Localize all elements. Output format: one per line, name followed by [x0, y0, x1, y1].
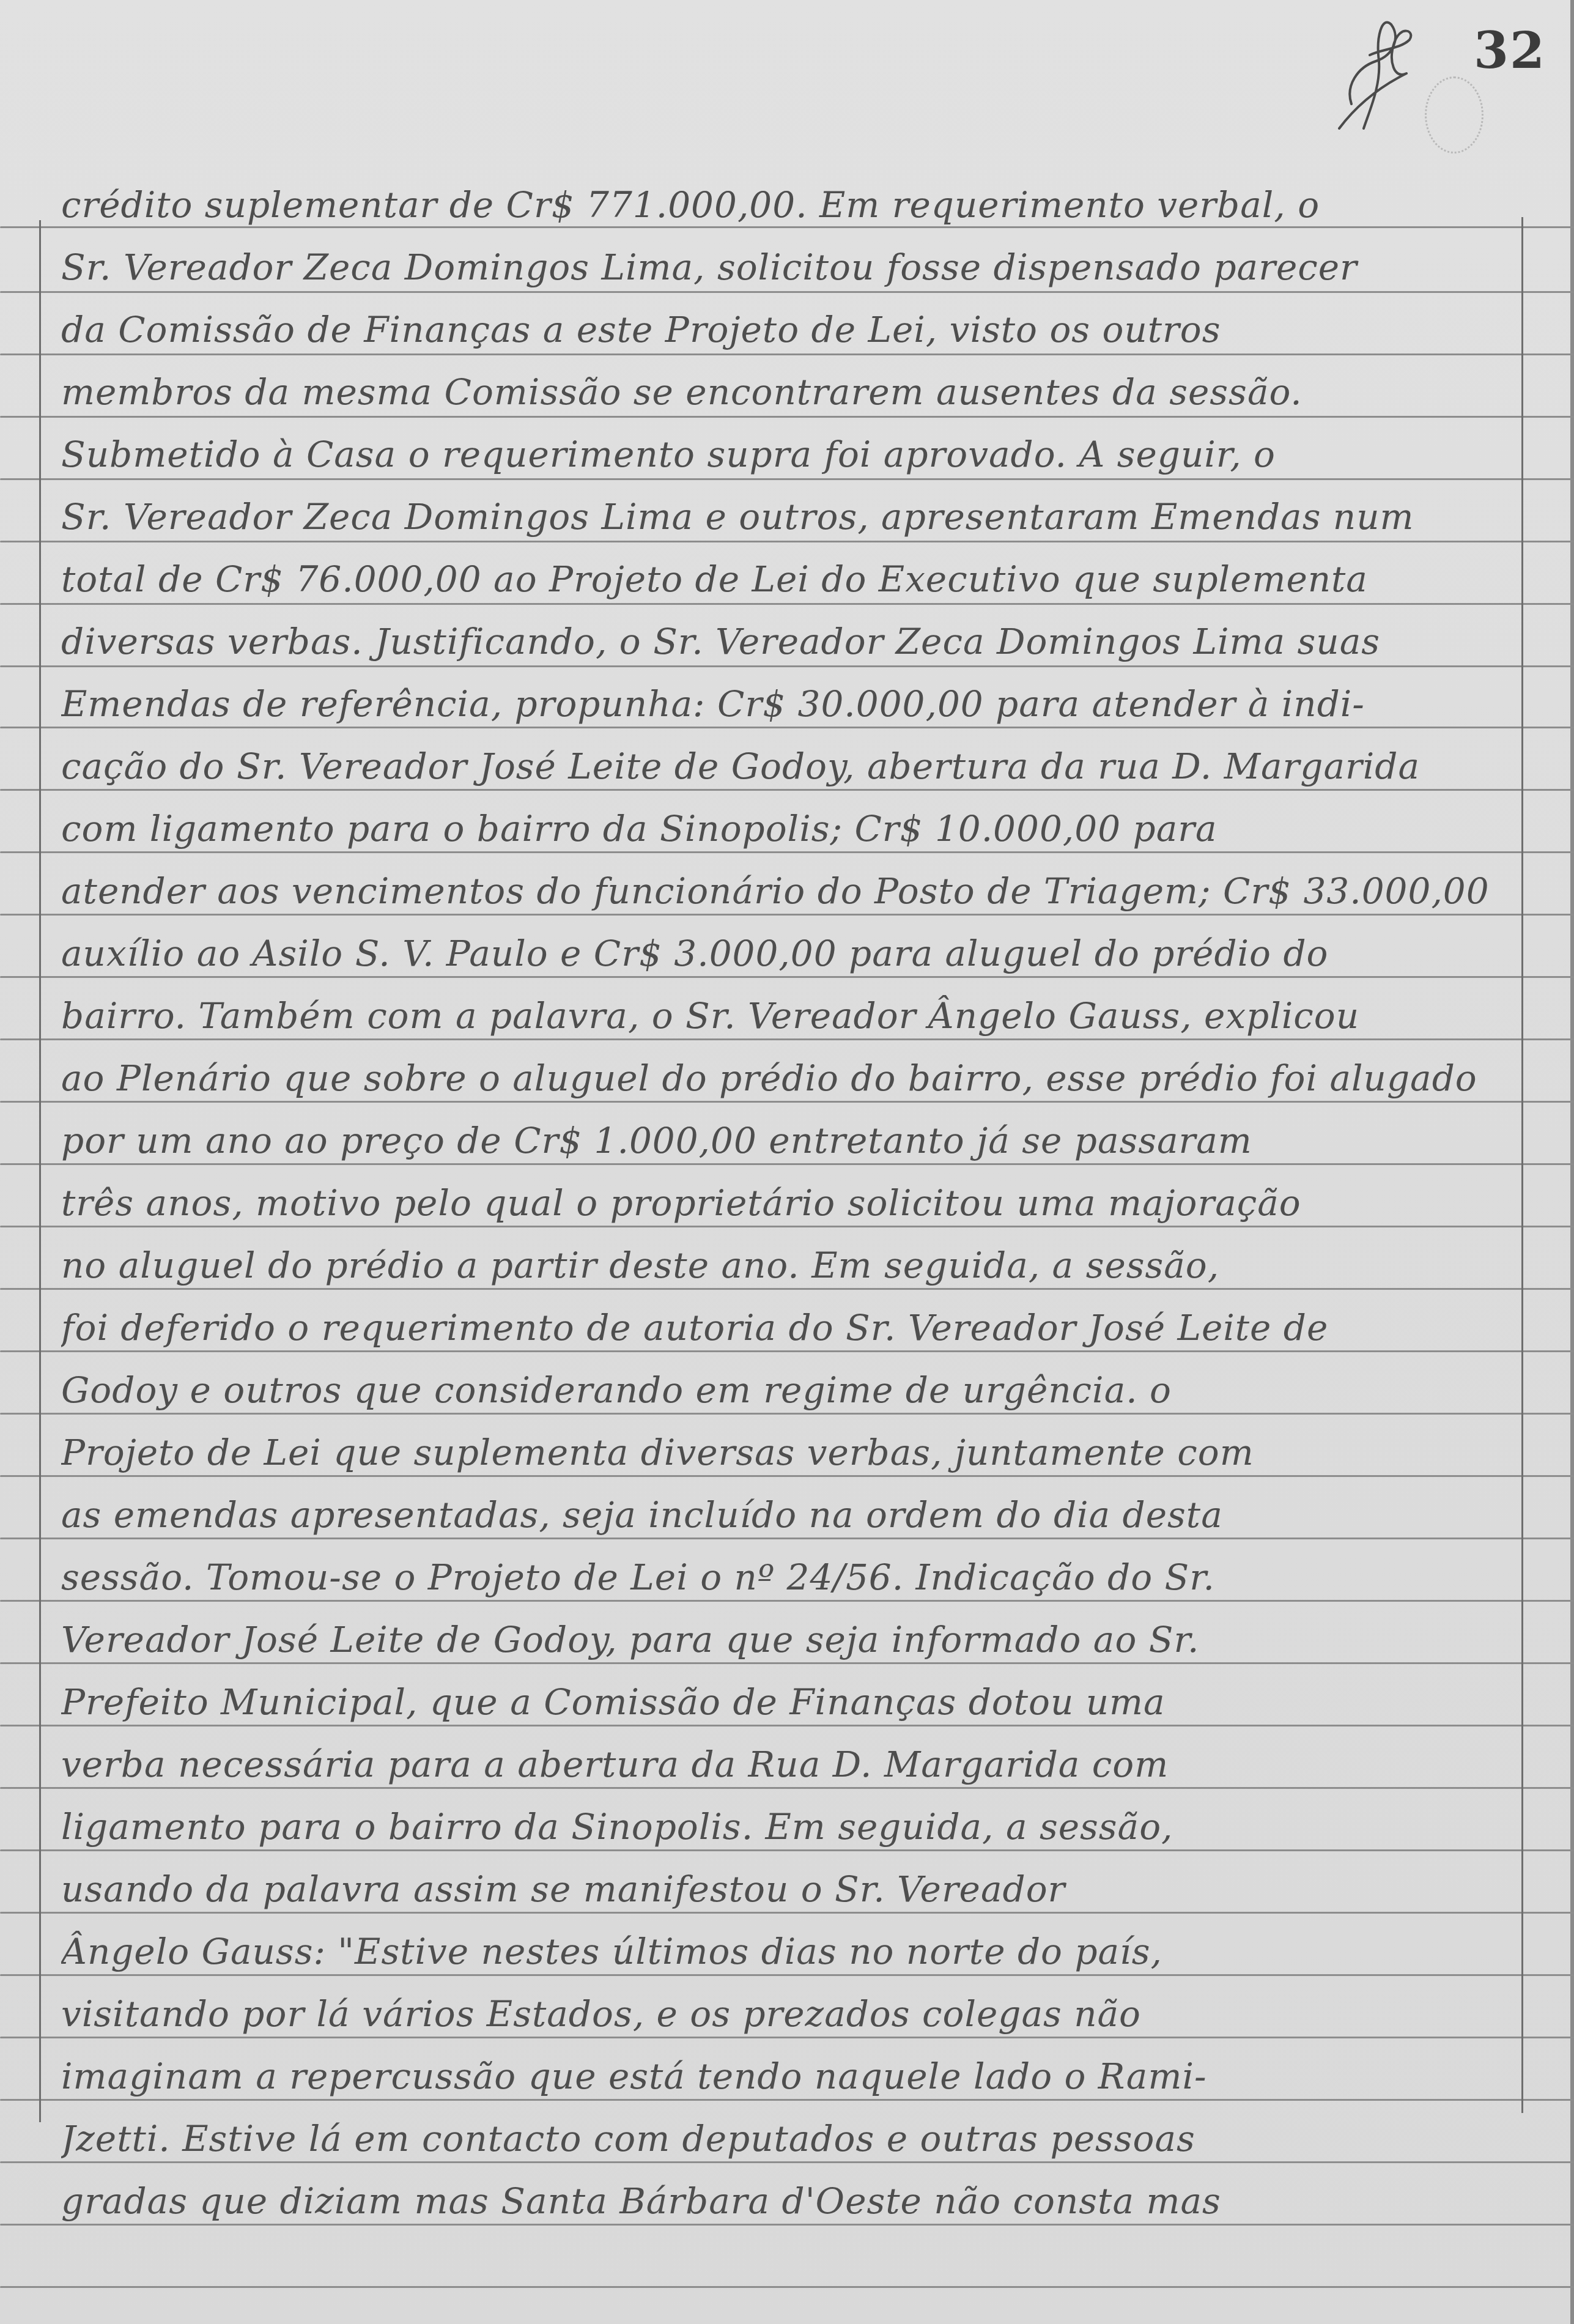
ruled-line	[0, 291, 1574, 293]
text-line: total de Cr$ 76.000,00 ao Projeto de Lei…	[61, 558, 1517, 601]
text-line: Sr. Vereador Zeca Domingos Lima e outros…	[61, 495, 1517, 538]
ruled-line	[0, 226, 1574, 228]
text-line: atender aos vencimentos do funcionário d…	[61, 870, 1517, 912]
text-line: Godoy e outros que considerando em regim…	[61, 1369, 1517, 1412]
text-line: Jzetti. Estive lá em contacto com deputa…	[61, 2117, 1517, 2160]
ruled-line	[0, 2037, 1574, 2038]
text-line: por um ano ao preço de Cr$ 1.000,00 entr…	[61, 1119, 1517, 1162]
left-margin-line	[39, 220, 41, 2122]
ruled-line	[0, 1974, 1574, 1976]
text-line: da Comissão de Finanças a este Projeto d…	[61, 308, 1517, 351]
text-line: verba necessária para a abertura da Rua …	[61, 1743, 1517, 1786]
right-margin-line	[1521, 217, 1523, 2113]
ruled-line	[0, 1413, 1574, 1415]
faded-stamp	[1425, 76, 1483, 154]
ruled-line	[0, 1475, 1574, 1477]
text-line: Ângelo Gauss: "Estive nestes últimos dia…	[61, 1930, 1517, 1973]
ruled-line	[0, 541, 1574, 542]
signature-icon	[1333, 12, 1419, 135]
text-line: no aluguel do prédio a partir deste ano.…	[61, 1244, 1517, 1287]
text-line: bairro. Também com a palavra, o Sr. Vere…	[61, 994, 1517, 1037]
text-line: membros da mesma Comissão se encontrarem…	[61, 371, 1517, 413]
text-line: Sr. Vereador Zeca Domingos Lima, solicit…	[61, 246, 1517, 289]
text-line: visitando por lá vários Estados, e os pr…	[61, 1993, 1517, 2035]
ruled-line	[0, 2161, 1574, 2163]
ruled-line	[0, 1725, 1574, 1726]
text-line: usando da palavra assim se manifestou o …	[61, 1868, 1517, 1911]
text-line: sessão. Tomou-se o Projeto de Lei o nº 2…	[61, 1556, 1517, 1599]
ruled-line	[0, 1912, 1574, 1914]
text-line: as emendas apresentadas, seja incluído n…	[61, 1493, 1517, 1536]
text-line: auxílio ao Asilo S. V. Paulo e Cr$ 3.000…	[61, 932, 1517, 975]
text-line: Projeto de Lei que suplementa diversas v…	[61, 1431, 1517, 1474]
ruled-line	[0, 1787, 1574, 1789]
page-number: 32	[1474, 21, 1546, 80]
ruled-line	[0, 353, 1574, 355]
ruled-line	[0, 1226, 1574, 1227]
text-line: diversas verbas. Justificando, o Sr. Ver…	[61, 620, 1517, 663]
ruled-line	[0, 1538, 1574, 1539]
text-line: foi deferido o requerimento de autoria d…	[61, 1306, 1517, 1349]
text-line: ligamento para o bairro da Sinopolis. Em…	[61, 1805, 1517, 1848]
text-line: crédito suplementar de Cr$ 771.000,00. E…	[61, 183, 1517, 226]
text-line: imaginam a repercussão que está tendo na…	[61, 2055, 1517, 2098]
ruled-line	[0, 2099, 1574, 2101]
text-line: ao Plenário que sobre o aluguel do prédi…	[61, 1057, 1517, 1100]
ruled-line	[0, 1288, 1574, 1290]
ruled-line	[0, 727, 1574, 728]
text-line: gradas que diziam mas Santa Bárbara d'Oe…	[61, 2180, 1517, 2222]
ruled-line	[0, 851, 1574, 853]
ruled-line	[0, 665, 1574, 667]
text-line: Submetido à Casa o requerimento supra fo…	[61, 433, 1517, 476]
text-line: cação do Sr. Vereador José Leite de Godo…	[61, 745, 1517, 788]
text-line: Vereador José Leite de Godoy, para que s…	[61, 1618, 1517, 1661]
ledger-page: 32 crédito suplementar de Cr$ 771.000,00…	[0, 0, 1574, 2324]
text-line: Emendas de referência, propunha: Cr$ 30.…	[61, 683, 1517, 725]
ruled-line	[0, 2224, 1574, 2226]
ruled-line	[0, 1163, 1574, 1165]
ruled-line	[0, 478, 1574, 480]
text-line: três anos, motivo pelo qual o proprietár…	[61, 1182, 1517, 1224]
ruled-line	[0, 2286, 1574, 2288]
ruled-line	[0, 976, 1574, 978]
ruled-line	[0, 1038, 1574, 1040]
ruled-line	[0, 914, 1574, 916]
ruled-line	[0, 603, 1574, 605]
ruled-line	[0, 789, 1574, 791]
ruled-line	[0, 1101, 1574, 1103]
ruled-line	[0, 1350, 1574, 1352]
text-line: com ligamento para o bairro da Sinopolis…	[61, 807, 1517, 850]
ruled-line	[0, 1600, 1574, 1602]
ruled-line	[0, 1849, 1574, 1851]
ruled-line	[0, 416, 1574, 418]
text-line: Prefeito Municipal, que a Comissão de Fi…	[61, 1681, 1517, 1723]
ruled-line	[0, 1662, 1574, 1664]
